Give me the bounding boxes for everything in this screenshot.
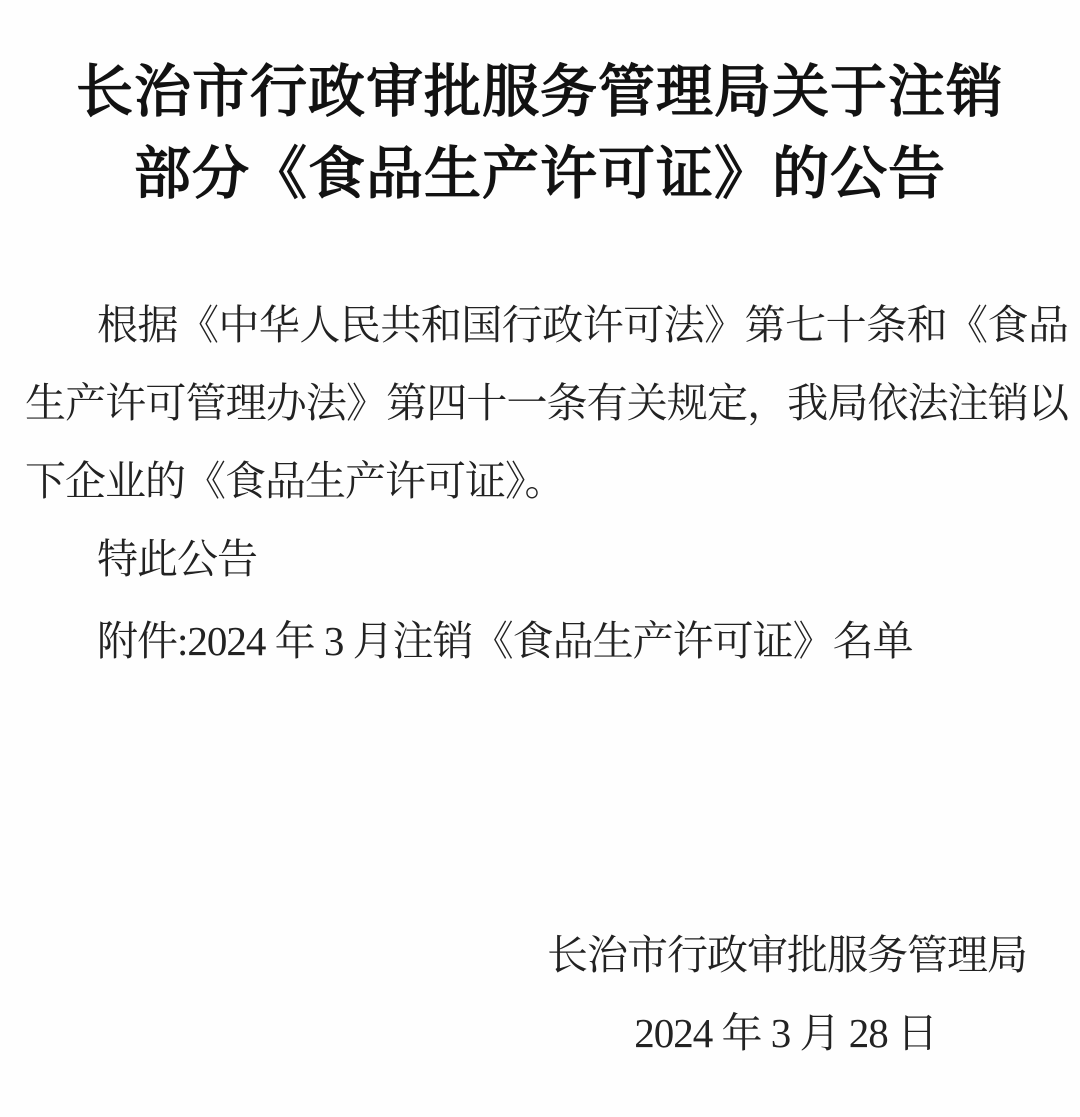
issue-date: 2024 年 3 月 28 日 [0, 994, 1080, 1072]
closing-statement: 特此公告 [25, 520, 1068, 598]
document-title: 长治市行政审批服务管理局关于注销 部分《食品生产许可证》的公告 [0, 0, 1080, 216]
document-body: 根据《中华人民共和国行政许可法》第七十条和《食品 生产许可管理办法》第四十一条有… [0, 286, 1080, 680]
title-line-2: 部分《食品生产许可证》的公告 [0, 134, 1080, 216]
issuing-authority: 长治市行政审批服务管理局 [0, 916, 1080, 994]
body-paragraph-line-2: 生产许可管理办法》第四十一条有关规定，我局依法注销以 [25, 364, 1068, 442]
title-line-1: 长治市行政审批服务管理局关于注销 [0, 52, 1080, 134]
body-paragraph-line-3: 下企业的《食品生产许可证》。 [25, 442, 1068, 520]
signature-block: 长治市行政审批服务管理局 2024 年 3 月 28 日 [0, 916, 1080, 1072]
attachment-reference: 附件:2024 年 3 月注销《食品生产许可证》名单 [25, 602, 1068, 680]
body-paragraph-line-1: 根据《中华人民共和国行政许可法》第七十条和《食品 [25, 286, 1068, 364]
announcement-document: 长治市行政审批服务管理局关于注销 部分《食品生产许可证》的公告 根据《中华人民共… [0, 0, 1080, 1117]
